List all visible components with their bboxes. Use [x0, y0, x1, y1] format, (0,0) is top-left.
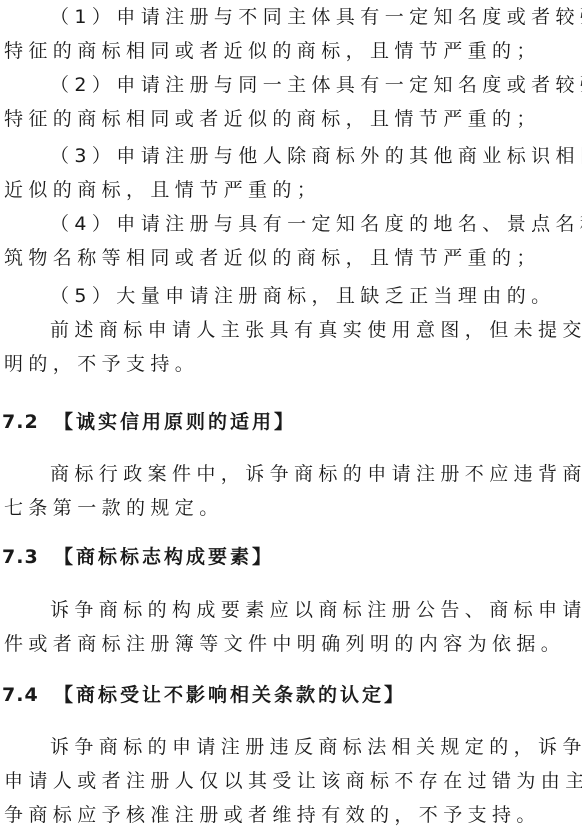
item-3-line-1: （3）申请注册与他人除商标外的其他商业标识相同或者 — [50, 144, 582, 168]
section-7-2-line-1: 商标行政案件中，诉争商标的申请注册不应违背商标法第 — [50, 462, 582, 486]
section-heading-7-3: 7.3【商标标志构成要素】 — [2, 545, 274, 569]
item-1-line-2: 特征的商标相同或者近似的商标，且情节严重的； — [4, 39, 578, 63]
item-4-line-1: （4）申请注册与具有一定知名度的地名、景点名称、建 — [50, 212, 582, 236]
section-heading-7-2: 7.2【诚实信用原则的适用】 — [2, 410, 296, 434]
closing-line-2: 明的，不予支持。 — [4, 352, 578, 376]
item-4-line-2: 筑物名称等相同或者近似的商标，且情节严重的； — [4, 246, 578, 270]
item-3-line-2: 近似的商标，且情节严重的； — [4, 178, 578, 202]
section-title: 【诚实信用原则的适用】 — [54, 411, 296, 433]
section-7-4-line-1: 诉争商标的申请注册违反商标法相关规定的，诉争商标的 — [50, 735, 582, 759]
section-7-3-line-2: 件或者商标注册簿等文件中明确列明的内容为依据。 — [4, 632, 578, 656]
item-2-line-2: 特征的商标相同或者近似的商标，且情节严重的； — [4, 107, 578, 131]
section-number: 7.3 — [2, 545, 54, 569]
section-7-4-line-3: 争商标应予核准注册或者维持有效的，不予支持。 — [4, 803, 578, 827]
section-heading-7-4: 7.4【商标受让不影响相关条款的认定】 — [2, 683, 406, 707]
section-title: 【商标受让不影响相关条款的认定】 — [54, 684, 406, 706]
section-7-4-line-2: 申请人或者注册人仅以其受让该商标不存在过错为由主张诉 — [4, 769, 578, 793]
item-2-line-1: （2）申请注册与同一主体具有一定知名度或者较强显著 — [50, 73, 582, 97]
section-number: 7.2 — [2, 410, 54, 434]
item-5-line-1: （5）大量申请注册商标，且缺乏正当理由的。 — [50, 284, 582, 308]
section-number: 7.4 — [2, 683, 54, 707]
item-1-line-1: （1）申请注册与不同主体具有一定知名度或者较强显著 — [50, 5, 582, 29]
section-title: 【商标标志构成要素】 — [54, 546, 274, 568]
closing-line-1: 前述商标申请人主张具有真实使用意图，但未提交证据证 — [50, 318, 582, 342]
section-7-3-line-1: 诉争商标的构成要素应以商标注册公告、商标申请注册文 — [50, 598, 582, 622]
section-7-2-line-2: 七条第一款的规定。 — [4, 496, 578, 520]
